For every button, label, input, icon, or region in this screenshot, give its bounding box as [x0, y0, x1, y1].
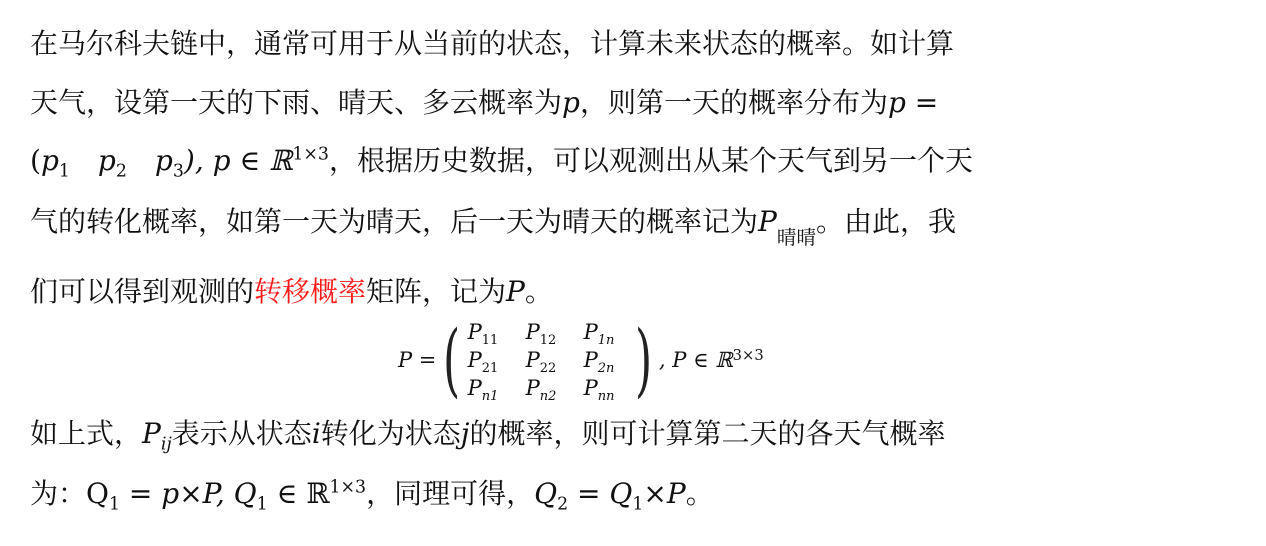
math-paren: ( [30, 144, 41, 177]
math-sup: 1×3 [329, 478, 366, 498]
text: ，根据历史数据，可以观测出从某个天气到另一个天 [329, 144, 973, 177]
paragraph-line-2: 天气，设第一天的下雨、晴天、多云概率为p，则第一天的概率分布为p = [30, 83, 938, 123]
math-sub: ij [161, 435, 172, 455]
matrix-cell: P11 [468, 319, 526, 346]
math-var: p [98, 144, 116, 177]
text: 。 [525, 275, 553, 308]
paragraph-line-6: 如上式，Pij表示从状态i转化为状态j的概率，则可计算第二天的各天气概率 [30, 414, 946, 454]
math-var: P [142, 417, 161, 450]
transition-matrix-equation: P = ( P11 P12 P1n P21 P22 P2n Pn1 Pn2 Pn… [398, 318, 764, 402]
math-expr: ×P [643, 477, 685, 510]
matrix-cell: P2n [584, 347, 642, 374]
math-var: p [562, 86, 580, 119]
math-sup: 1×3 [292, 145, 329, 165]
math-sub: 2 [557, 495, 568, 515]
matrix-cell: P12 [526, 319, 584, 346]
text: ，则第一天的概率分布为 [580, 86, 888, 119]
text: 为： [30, 477, 86, 510]
text: 气的转化概率，如第一天为晴天，后一天为晴天的概率记为 [30, 205, 758, 238]
math-var: P [758, 205, 777, 238]
equation-lhs: P = [398, 348, 436, 372]
paragraph-line-1: 在马尔科夫链中，通常可用于从当前的状态，计算未来状态的概率。如计算 [30, 24, 954, 64]
paragraph-line-5: 们可以得到观测的转移概率矩阵，记为P。 [30, 272, 553, 312]
math-var: Q [234, 477, 257, 510]
text: 。由此，我 [816, 205, 956, 238]
highlighted-term: 转移概率 [254, 275, 366, 308]
text: 。 [686, 477, 714, 510]
text: ，同理可得， [366, 477, 534, 510]
math-set: ), p ∈ ℝ [184, 144, 292, 177]
text: 转化为状态 [321, 417, 461, 450]
text: 表示从状态 [172, 417, 312, 450]
matrix-cell: P21 [468, 347, 526, 374]
math-sub: 1 [59, 162, 70, 182]
left-paren: ( [443, 318, 460, 402]
paragraph-line-4: 气的转化概率，如第一天为晴天，后一天为晴天的概率记为P晴晴。由此，我 [30, 202, 956, 242]
math-sub: 1 [632, 495, 643, 515]
matrix-cell: Pnn [584, 375, 642, 402]
text: 在马尔科夫链中，通常可用于从当前的状态，计算未来状态的概率。如计算 [30, 27, 954, 60]
text: 矩阵，记为 [366, 275, 506, 308]
math-sub: 2 [116, 162, 127, 182]
paragraph-line-7: 为：Q1 = p×P, Q1 ∈ ℝ1×3，同理可得，Q2 = Q1×P。 [30, 474, 714, 514]
matrix-cell: Pn2 [526, 375, 584, 402]
text: 天气，设第一天的下雨、晴天、多云概率为 [30, 86, 562, 119]
math-expr: = Q [568, 477, 632, 510]
matrix-cell: Pn1 [468, 375, 526, 402]
math-var: P [506, 275, 525, 308]
math-expr: = p×P, [120, 477, 234, 510]
math-var: p [41, 144, 59, 177]
matrix-cell: P22 [526, 347, 584, 374]
right-paren: ) [635, 318, 652, 402]
matrix: P11 P12 P1n P21 P22 P2n Pn1 Pn2 Pnn [468, 319, 642, 402]
math-var: i [312, 417, 321, 450]
math-var: p [155, 144, 173, 177]
math-sub: 1 [257, 495, 268, 515]
math-sub: 晴晴 [777, 226, 816, 249]
math-var: Q [86, 477, 109, 510]
math-set: ∈ ℝ [268, 477, 330, 510]
equation-rhs: , P ∈ ℝ [659, 348, 733, 372]
matrix-cell: P1n [584, 319, 642, 346]
math-expr: p = [888, 86, 938, 119]
text: 如上式， [30, 417, 142, 450]
text: 们可以得到观测的 [30, 275, 254, 308]
paragraph-line-3: (p1p2p3), p ∈ ℝ1×3，根据历史数据，可以观测出从某个天气到另一个… [30, 141, 973, 181]
math-sub: 3 [173, 162, 184, 182]
text: 的概率，则可计算第二天的各天气概率 [469, 417, 945, 450]
math-var: Q [534, 477, 557, 510]
math-sub: 1 [109, 495, 120, 515]
